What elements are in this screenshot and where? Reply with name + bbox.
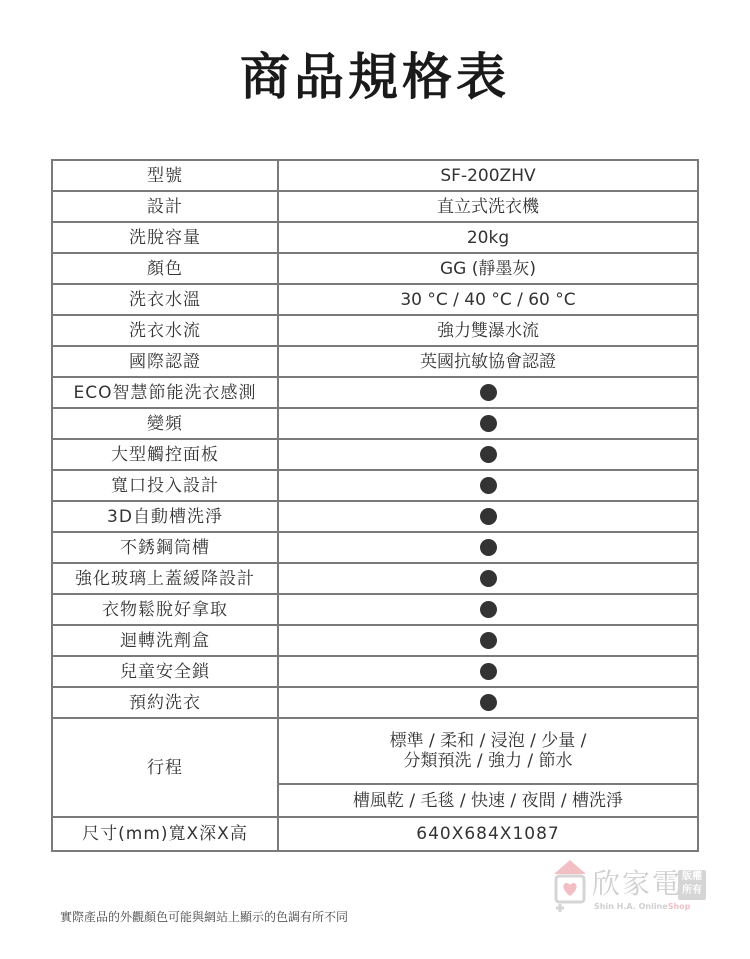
- watermark-sub-text: Shin H.A. Online: [594, 902, 668, 911]
- badge-line-1: 版權: [678, 870, 706, 884]
- filled-dot-icon: [480, 632, 497, 649]
- spec-value: SF-200ZHV: [278, 160, 698, 191]
- table-row: 洗脫容量20kg: [52, 222, 698, 253]
- watermark-subtitle: Shin H.A. OnlineShop: [594, 902, 690, 911]
- spec-value: [278, 594, 698, 625]
- filled-dot-icon: [480, 601, 497, 618]
- spec-value: [278, 408, 698, 439]
- filled-dot-icon: [480, 446, 497, 463]
- table-row: 顏色GG (靜墨灰): [52, 253, 698, 284]
- table-row: 型號SF-200ZHV: [52, 160, 698, 191]
- filled-dot-icon: [480, 663, 497, 680]
- spec-value: [278, 470, 698, 501]
- spec-value: [278, 501, 698, 532]
- spec-label: 迴轉洗劑盒: [52, 625, 278, 656]
- spec-label: 兒童安全鎖: [52, 656, 278, 687]
- table-row: 國際認證英國抗敏協會認證: [52, 346, 698, 377]
- watermark-brand: 欣家電: [592, 862, 682, 902]
- table-row: 洗衣水溫30 °C / 40 °C / 60 °C: [52, 284, 698, 315]
- filled-dot-icon: [480, 384, 497, 401]
- spec-value: [278, 532, 698, 563]
- page-title: 商品規格表: [0, 42, 750, 112]
- filled-dot-icon: [480, 694, 497, 711]
- spec-label: 顏色: [52, 253, 278, 284]
- spec-label: 型號: [52, 160, 278, 191]
- spec-label: 洗脫容量: [52, 222, 278, 253]
- table-row: 強化玻璃上蓋緩降設計: [52, 563, 698, 594]
- dimensions-label: 尺寸(mm)寬X深X高: [52, 817, 278, 851]
- spec-value: 英國抗敏協會認證: [278, 346, 698, 377]
- table-row: 3D自動槽洗淨: [52, 501, 698, 532]
- spec-label: 洗衣水流: [52, 315, 278, 346]
- table-row: 寬口投入設計: [52, 470, 698, 501]
- process-line-1: 標準 / 柔和 / 浸泡 / 少量 /: [279, 731, 697, 751]
- spec-label: 國際認證: [52, 346, 278, 377]
- spec-value: [278, 656, 698, 687]
- spec-value: [278, 439, 698, 470]
- spec-label: 設計: [52, 191, 278, 222]
- spec-value: 強力雙瀑水流: [278, 315, 698, 346]
- spec-table: 型號SF-200ZHV 設計直立式洗衣機 洗脫容量20kg 顏色GG (靜墨灰)…: [51, 159, 699, 852]
- spec-label: 預約洗衣: [52, 687, 278, 718]
- process-value-extra: 槽風乾 / 毛毯 / 快速 / 夜間 / 槽洗淨: [278, 784, 698, 817]
- watermark-shop-text: Shop: [668, 902, 691, 911]
- table-row: ECO智慧節能洗衣感測: [52, 377, 698, 408]
- process-value-main: 標準 / 柔和 / 浸泡 / 少量 / 分類預洗 / 強力 / 節水: [278, 718, 698, 784]
- spec-label: 寬口投入設計: [52, 470, 278, 501]
- process-label: 行程: [52, 718, 278, 817]
- watermark: 欣家電 Shin H.A. OnlineShop 版權所有: [548, 858, 708, 918]
- dimensions-value: 640X684X1087: [278, 817, 698, 851]
- color-disclaimer-note: 實際產品的外觀顏色可能與網站上顯示的色調有所不同: [60, 908, 348, 925]
- spec-label: 衣物鬆脫好拿取: [52, 594, 278, 625]
- store-logo-icon: [550, 858, 590, 914]
- table-row: 兒童安全鎖: [52, 656, 698, 687]
- spec-value: 直立式洗衣機: [278, 191, 698, 222]
- table-row: 大型觸控面板: [52, 439, 698, 470]
- table-row: 洗衣水流強力雙瀑水流: [52, 315, 698, 346]
- table-row-dimensions: 尺寸(mm)寬X深X高 640X684X1087: [52, 817, 698, 851]
- table-row: 變頻: [52, 408, 698, 439]
- table-row: 衣物鬆脫好拿取: [52, 594, 698, 625]
- table-row-process: 行程 標準 / 柔和 / 浸泡 / 少量 / 分類預洗 / 強力 / 節水: [52, 718, 698, 784]
- table-row: 設計直立式洗衣機: [52, 191, 698, 222]
- spec-value: [278, 687, 698, 718]
- table-row: 迴轉洗劑盒: [52, 625, 698, 656]
- filled-dot-icon: [480, 477, 497, 494]
- spec-label: 3D自動槽洗淨: [52, 501, 278, 532]
- spec-value: 20kg: [278, 222, 698, 253]
- spec-value: 30 °C / 40 °C / 60 °C: [278, 284, 698, 315]
- spec-label: 不銹鋼筒槽: [52, 532, 278, 563]
- process-line-2: 分類預洗 / 強力 / 節水: [279, 751, 697, 771]
- spec-value: GG (靜墨灰): [278, 253, 698, 284]
- table-row: 預約洗衣: [52, 687, 698, 718]
- filled-dot-icon: [480, 415, 497, 432]
- filled-dot-icon: [480, 570, 497, 587]
- spec-label: 大型觸控面板: [52, 439, 278, 470]
- spec-label: 洗衣水溫: [52, 284, 278, 315]
- spec-label: 變頻: [52, 408, 278, 439]
- filled-dot-icon: [480, 508, 497, 525]
- spec-value: [278, 563, 698, 594]
- spec-label: ECO智慧節能洗衣感測: [52, 377, 278, 408]
- filled-dot-icon: [480, 539, 497, 556]
- spec-label: 強化玻璃上蓋緩降設計: [52, 563, 278, 594]
- spec-value: [278, 625, 698, 656]
- table-row: 不銹鋼筒槽: [52, 532, 698, 563]
- spec-value: [278, 377, 698, 408]
- copyright-badge: 版權所有: [678, 870, 706, 900]
- badge-line-2: 所有: [678, 884, 706, 898]
